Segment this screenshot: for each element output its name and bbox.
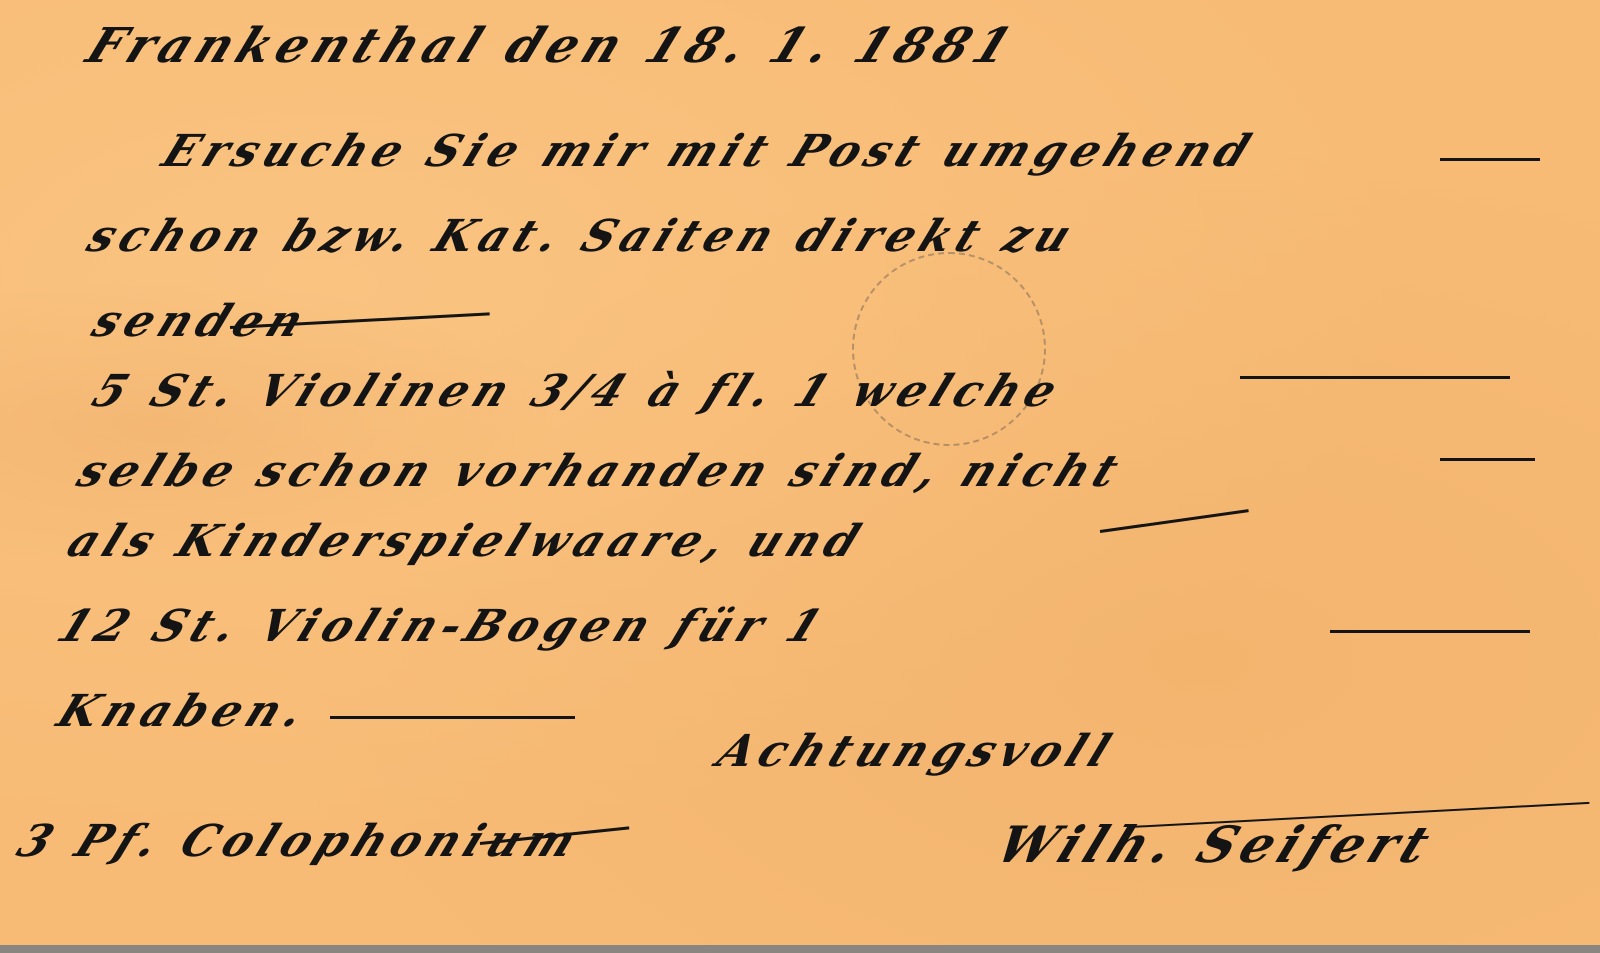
body-line-2: schon bzw. Kat. Saiten direkt zu [81,215,1083,259]
place-date-line: Frankenthal den 18. 1. 1881 [80,22,1024,70]
body-line-8: Knaben. [51,690,316,734]
body-line-5: selbe schon vorhanden sind, nicht [71,450,1130,494]
signature: Wilh. Seifert [990,820,1442,870]
body-line-3: senden [86,300,315,344]
flourish-stroke [1240,376,1510,379]
flourish-stroke [1100,509,1249,533]
flourish-stroke [1330,630,1530,633]
scan-edge [0,945,1600,953]
body-line-6: als Kinderspielwaare, und [61,520,871,564]
body-line-4: 5 St. Violinen 3/4 à fl. 1 welche [86,370,1069,414]
flourish-stroke [1440,158,1540,161]
flourish-stroke [330,716,575,719]
body-line-1: Ersuche Sie mir mit Post umgehend [156,130,1262,174]
postcard: Frankenthal den 18. 1. 1881 Ersuche Sie … [0,0,1600,945]
closing-line: Achtungsvoll [711,730,1122,774]
flourish-stroke [1440,458,1535,461]
body-line-7: 12 St. Violin-Bogen für 1 [51,605,834,649]
